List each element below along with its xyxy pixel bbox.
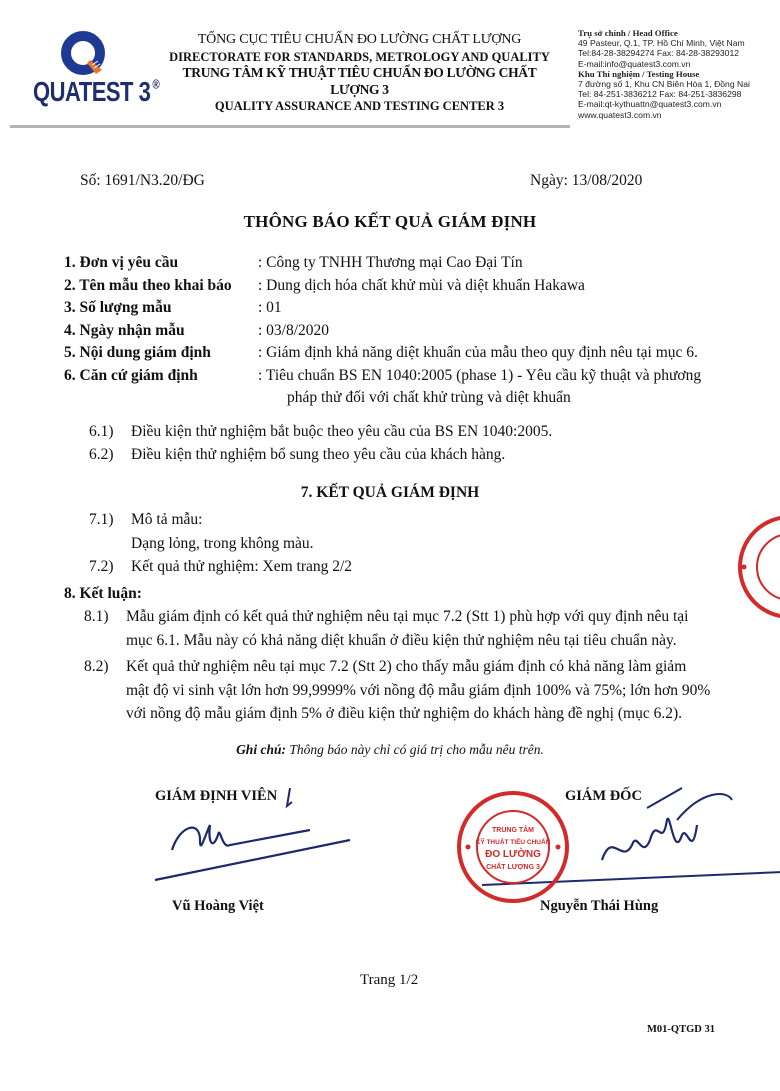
info-row: 1. Đơn vị yêu cầu: Công ty TNHH Thương m… [64,252,701,275]
testing-house-address: 7 đường số 1, Khu CN Biên Hòa 1, Đồng Na… [578,79,750,89]
conclusion-8-1: 8.1)Mẫu giám định có kết quả thử nghiệm … [126,605,688,652]
center-name-en: QUALITY ASSURANCE AND TESTING CENTER 3 [162,98,557,115]
official-stamp-icon: TRUNG TÂM KỸ THUẬT TIÊU CHUẨN ĐO LƯỜNG C… [456,790,570,904]
info-row: 2. Tên mẫu theo khai báo: Dung dịch hóa … [64,275,701,298]
website: www.quatest3.com.vn [578,110,750,120]
svg-text:KỸ THUẬT TIÊU CHUẨN: KỸ THUẬT TIÊU CHUẨN [476,837,551,846]
contact-block: Trụ sở chính / Head Office 49 Pasteur, Q… [578,28,750,120]
note: Ghi chú: Thông báo này chỉ có giá trị ch… [0,742,780,758]
director-name: Nguyễn Thái Hùng [540,898,658,915]
org-name-vn: TỔNG CỤC TIÊU CHUẨN ĐO LƯỜNG CHẤT LƯỢNG [162,32,557,49]
testing-house-phone: Tel: 84-251-3836212 Fax: 84-251-3836298 [578,89,750,99]
partial-stamp-icon [735,512,780,622]
inspector-name: Vũ Hoàng Việt [172,898,264,915]
sub-item-7-1: 7.1)Mô tả mẫu: [89,509,202,532]
svg-text:CHẤT LƯỢNG 3: CHẤT LƯỢNG 3 [486,861,540,871]
sub-item-6-1: 6.1)Điều kiện thử nghiệm bắt buộc theo y… [89,421,552,444]
info-row: 4. Ngày nhận mẫu: 03/8/2020 [64,320,701,343]
section-7-title: 7. KẾT QUẢ GIÁM ĐỊNH [0,484,780,502]
info-row: 6. Căn cứ giám định: Tiêu chuẩn BS EN 10… [64,365,701,388]
center-name-vn: TRUNG TÂM KỸ THUẬT TIÊU CHUẨN ĐO LƯỜNG C… [162,65,557,98]
head-office-address: 49 Pasteur, Q.1, TP. Hồ Chí Minh, Việt N… [578,38,750,48]
sample-description: Dạng lỏng, trong không màu. [131,533,314,556]
logo-wordmark: QUATEST 3® [33,76,159,109]
svg-text:ĐO LƯỜNG: ĐO LƯỜNG [485,847,541,860]
conclusion-8-2: 8.2)Kết quả thử nghiệm nêu tại mục 7.2 (… [126,655,710,726]
organization-header: TỔNG CỤC TIÊU CHUẨN ĐO LƯỜNG CHẤT LƯỢNG … [162,32,557,115]
info-list: 1. Đơn vị yêu cầu: Công ty TNHH Thương m… [64,252,701,410]
quatest-logo-icon [60,30,106,76]
testing-house-title: Khu Thí nghiệm / Testing House [578,69,750,79]
form-code: M01-QTGD 31 [647,1024,715,1035]
section-8-title: 8. Kết luận: [64,585,142,603]
org-name-en: DIRECTORATE FOR STANDARDS, METROLOGY AND… [162,49,557,66]
page-number: Trang 1/2 [360,972,418,989]
header-divider [10,125,570,128]
info-row: 3. Số lượng mẫu: 01 [64,297,701,320]
testing-house-email: E-mail:qt-kythuattn@quatest3.com.vn [578,99,750,109]
svg-text:TRUNG TÂM: TRUNG TÂM [492,825,534,834]
info-row: 5. Nội dung giám định: Giám định khả năn… [64,342,701,365]
inspector-signature-icon [150,780,360,880]
head-office-title: Trụ sở chính / Head Office [578,28,750,38]
head-office-email: E-mail:info@quatest3.com.vn [578,59,750,69]
info-row-continuation: pháp thử đối với chất khử trùng và diệt … [64,387,701,410]
sub-item-7-2: 7.2)Kết quả thử nghiệm: Xem trang 2/2 [89,556,352,579]
document-title: THÔNG BÁO KẾT QUẢ GIÁM ĐỊNH [0,212,780,232]
document-date: Ngày: 13/08/2020 [530,172,642,190]
sub-item-6-2: 6.2)Điều kiện thử nghiệm bổ sung theo yê… [89,444,505,467]
head-office-phone: Tel:84-28-38294274 Fax: 84-28-38293012 [578,48,750,58]
document-number: Số: 1691/N3.20/ĐG [80,172,205,190]
